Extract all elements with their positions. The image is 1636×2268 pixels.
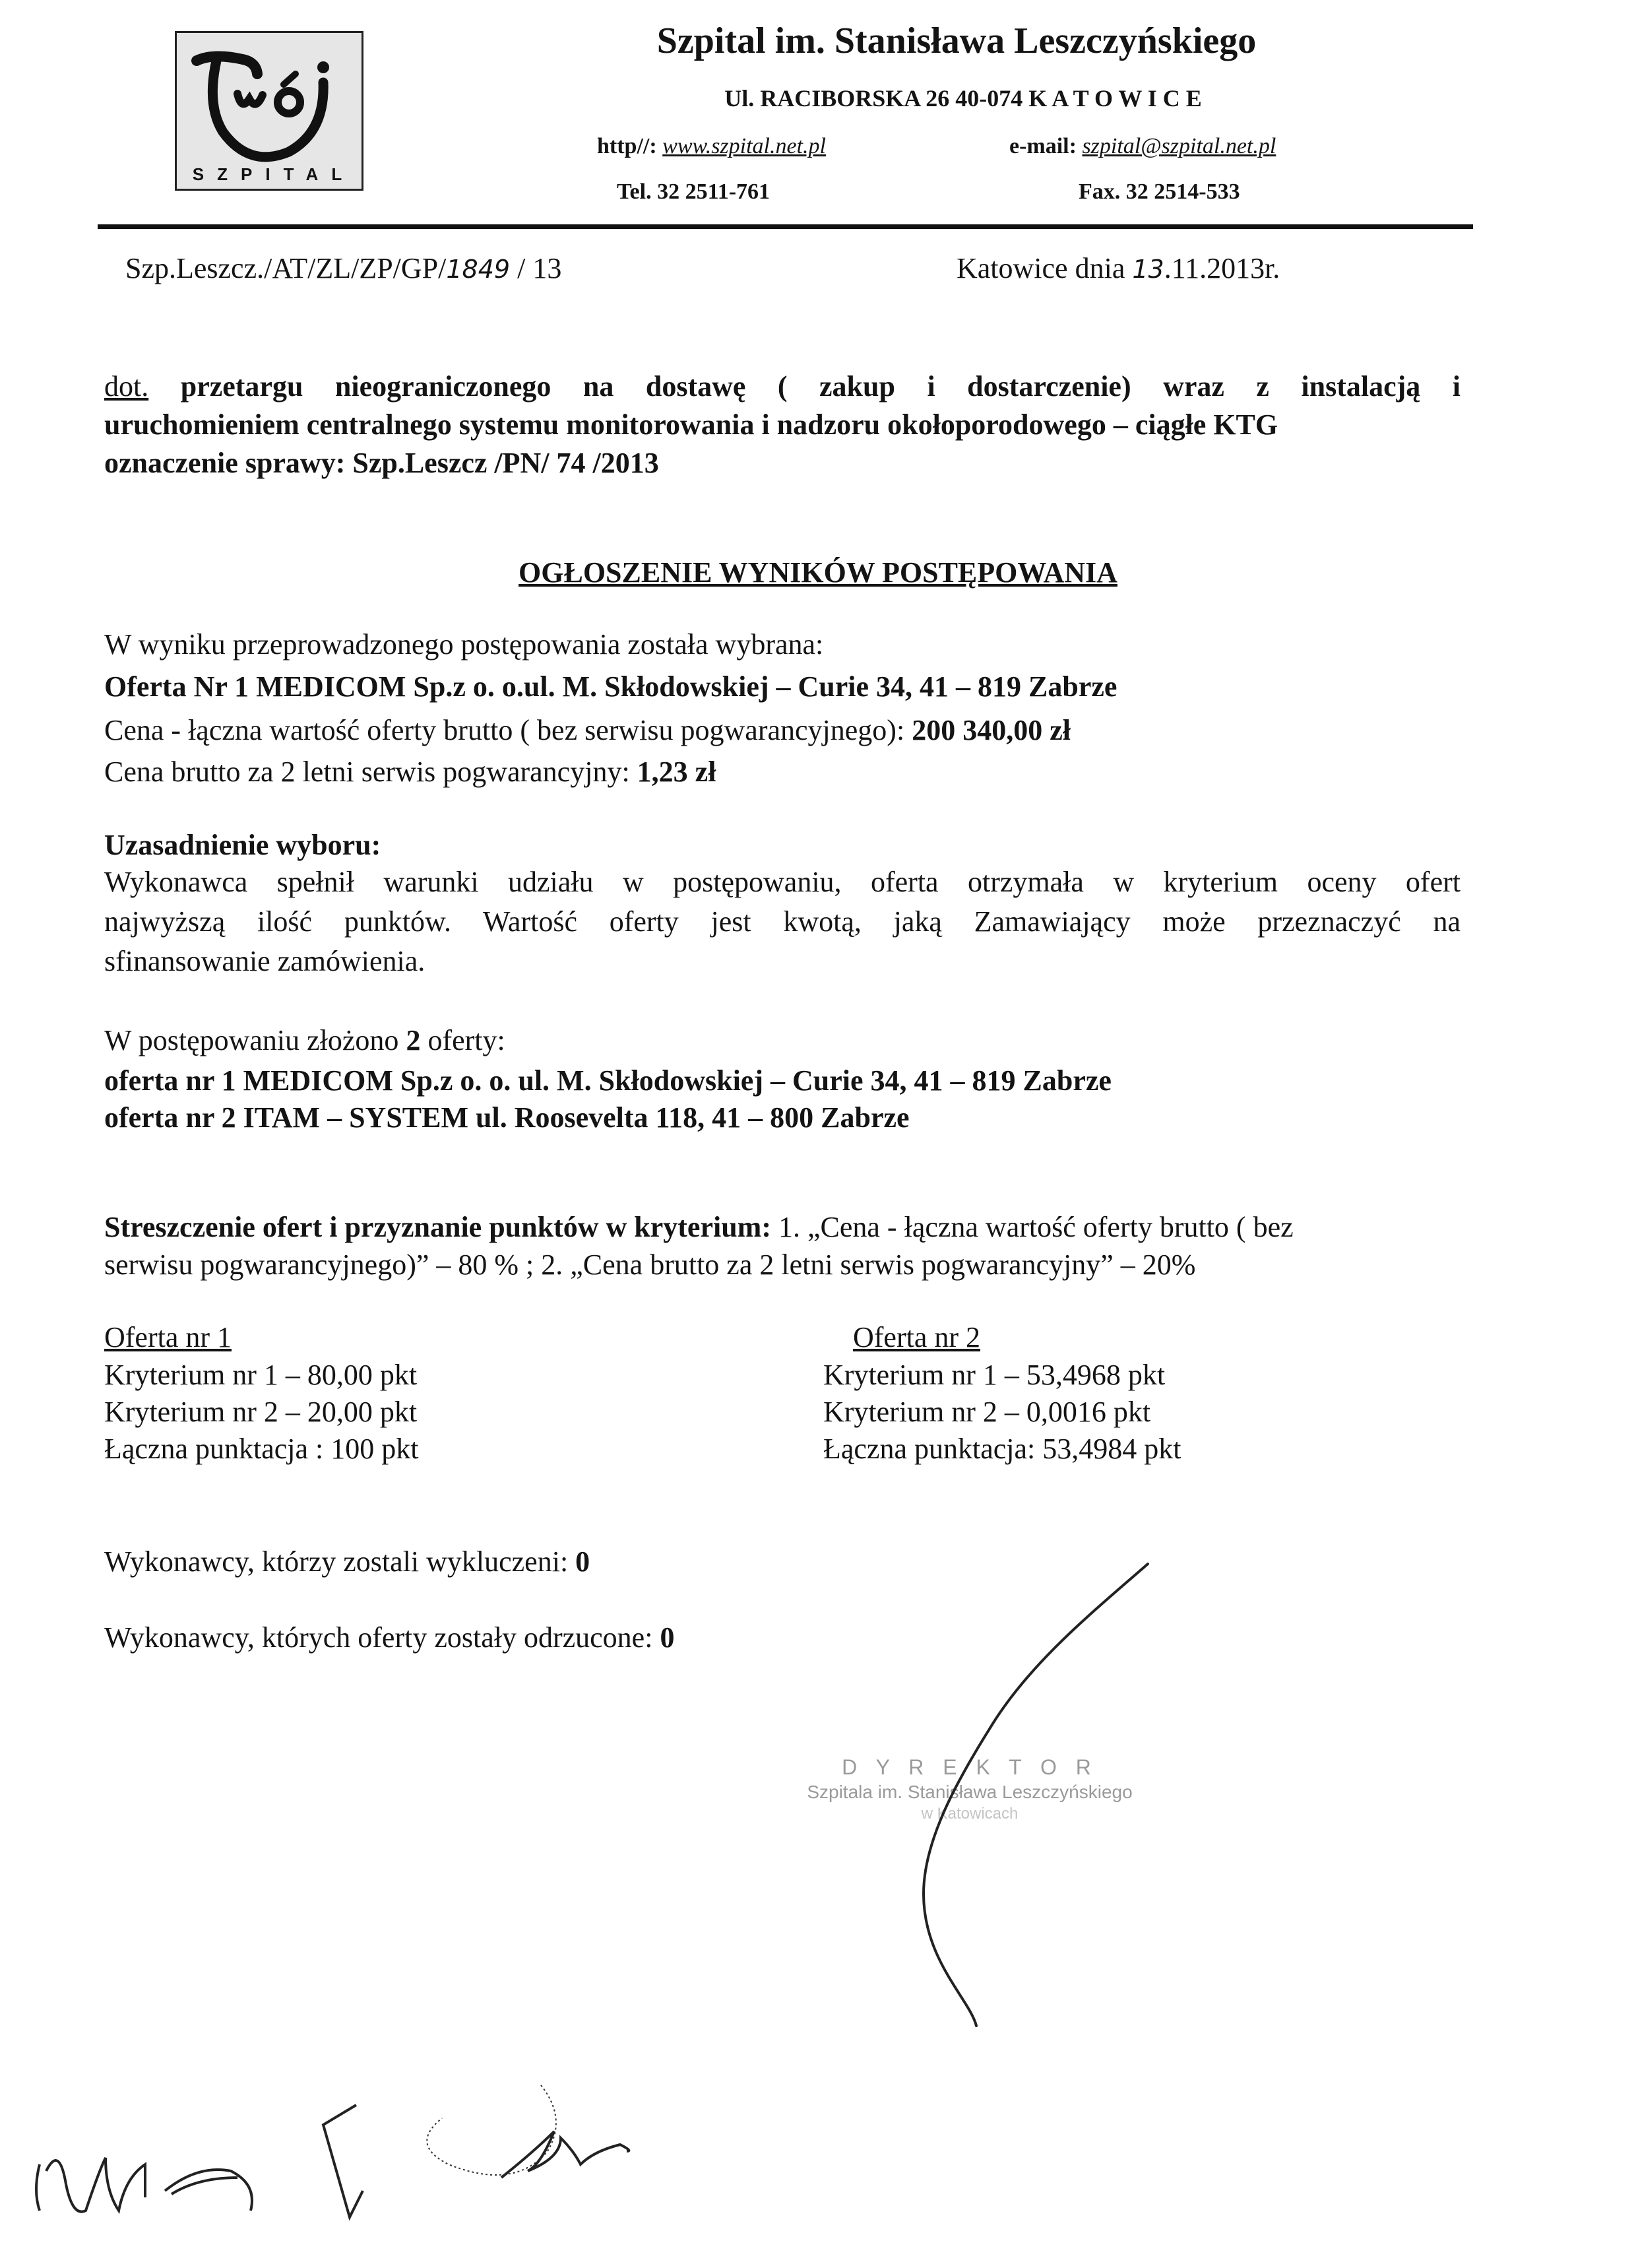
hospital-name: Szpital im. Stanisława Leszczyńskiego — [0, 20, 1636, 62]
phone-number: Tel. 32 2511-761 — [617, 179, 770, 205]
date-suffix: .11.2013r. — [1164, 252, 1280, 284]
price-line: Cena - łączna wartość oferty brutto ( be… — [104, 716, 1071, 745]
initials-signature-icon — [13, 2079, 660, 2250]
price-label: Cena - łączna wartość oferty brutto ( be… — [104, 714, 912, 746]
document-date: Katowice dnia 13.11.2013r. — [957, 254, 1280, 283]
reference-suffix: / 13 — [510, 252, 561, 284]
hospital-address: Ul. RACIBORSKA 26 40-074 K A T O W I C E — [0, 84, 1636, 112]
offer-list-item: oferta nr 2 ITAM – SYSTEM ul. Roosevelta… — [104, 1101, 910, 1134]
excluded-contractors: Wykonawcy, którzy zostali wykluczeni: 0 — [104, 1547, 590, 1576]
offers-count: 2 — [406, 1024, 420, 1056]
summary-criteria-1: 1. „Cena - łączna wartość oferty brutto … — [771, 1211, 1294, 1243]
score-offer-1-total: Łączna punktacja : 100 pkt — [104, 1435, 418, 1464]
rejected-count: 0 — [660, 1621, 674, 1654]
fax-number: Fax. 32 2514-533 — [1079, 179, 1240, 205]
score-title-offer-1: Oferta nr 1 — [104, 1323, 232, 1352]
subject-text-1: przetargu nieograniczonego na dostawę ( … — [148, 370, 1461, 403]
result-intro: W wyniku przeprowadzonego postępowania z… — [104, 630, 823, 659]
service-price-line: Cena brutto za 2 letni serwis pogwarancy… — [104, 758, 716, 787]
justification-line-2: najwyższą ilość punktów. Wartość oferty … — [104, 907, 1461, 936]
website-label: http//: — [597, 134, 662, 158]
score-offer-1-criterion-2: Kryterium nr 2 – 20,00 pkt — [104, 1398, 417, 1427]
email-line: e-mail: szpital@szpital.net.pl — [1009, 134, 1276, 159]
email-label: e-mail: — [1009, 134, 1082, 158]
logo-text: SZPITAL — [177, 164, 362, 185]
date-prefix: Katowice dnia — [957, 252, 1132, 284]
justification-line-1: Wykonawca spełnił warunki udziału w post… — [104, 868, 1461, 897]
handwritten-day: 13 — [1132, 255, 1164, 284]
rejected-label: Wykonawcy, których oferty zostały odrzuc… — [104, 1621, 660, 1654]
score-offer-1-criterion-1: Kryterium nr 1 – 80,00 pkt — [104, 1361, 417, 1390]
justification-line-3: sfinansowanie zamówienia. — [104, 947, 425, 976]
offers-intro-prefix: W postępowaniu złożono — [104, 1024, 406, 1056]
subject-dot-label: dot. — [104, 370, 148, 403]
price-value: 200 340,00 zł — [912, 714, 1071, 746]
website-link[interactable]: www.szpital.net.pl — [662, 134, 826, 158]
summary-line-1: Streszczenie ofert i przyznanie punktów … — [104, 1213, 1294, 1242]
summary-line-2: serwisu pogwarancyjnego)” – 80 % ; 2. „C… — [104, 1250, 1195, 1280]
director-signature-icon — [858, 1551, 1187, 2079]
reference-number: Szp.Leszcz./AT/ZL/ZP/GP/1849 / 13 — [125, 254, 561, 283]
offer-list-item: oferta nr 1 MEDICOM Sp.z o. o. ul. M. Sk… — [104, 1064, 1112, 1097]
subject-line-2: uruchomieniem centralnego systemu monito… — [104, 408, 1278, 441]
rejected-contractors: Wykonawcy, których oferty zostały odrzuc… — [104, 1623, 674, 1652]
offers-intro: W postępowaniu złożono 2 oferty: — [104, 1026, 505, 1055]
email-link[interactable]: szpital@szpital.net.pl — [1082, 134, 1276, 158]
website-line: http//: www.szpital.net.pl — [597, 134, 826, 159]
score-offer-2-total: Łączna punktacja: 53,4984 pkt — [823, 1435, 1181, 1464]
excluded-label: Wykonawcy, którzy zostali wykluczeni: — [104, 1545, 575, 1578]
excluded-count: 0 — [575, 1545, 590, 1578]
offers-intro-suffix: oferty: — [420, 1024, 505, 1056]
service-price-value: 1,23 zł — [637, 756, 716, 788]
score-title-offer-2: Oferta nr 2 — [853, 1323, 980, 1352]
summary-title: Streszczenie ofert i przyznanie punktów … — [104, 1211, 771, 1243]
page-title: OGŁOSZENIE WYNIKÓW POSTĘPOWANIA — [0, 556, 1636, 589]
score-offer-2-criterion-2: Kryterium nr 2 – 0,0016 pkt — [823, 1398, 1150, 1427]
handwritten-number: 1849 — [446, 255, 510, 284]
subject-line-1: dot. przetargu nieograniczonego na dosta… — [104, 370, 1461, 403]
subject-line-3: oznaczenie sprawy: Szp.Leszcz /PN/ 74 /2… — [104, 446, 659, 480]
score-offer-2-criterion-1: Kryterium nr 1 – 53,4968 pkt — [823, 1361, 1165, 1390]
justification-title: Uzasadnienie wyboru: — [104, 828, 381, 862]
reference-prefix: Szp.Leszcz./AT/ZL/ZP/GP/ — [125, 252, 446, 284]
service-price-label: Cena brutto za 2 letni serwis pogwarancy… — [104, 756, 637, 788]
winning-offer: Oferta Nr 1 MEDICOM Sp.z o. o.ul. M. Skł… — [104, 670, 1117, 703]
header-divider — [98, 224, 1473, 229]
